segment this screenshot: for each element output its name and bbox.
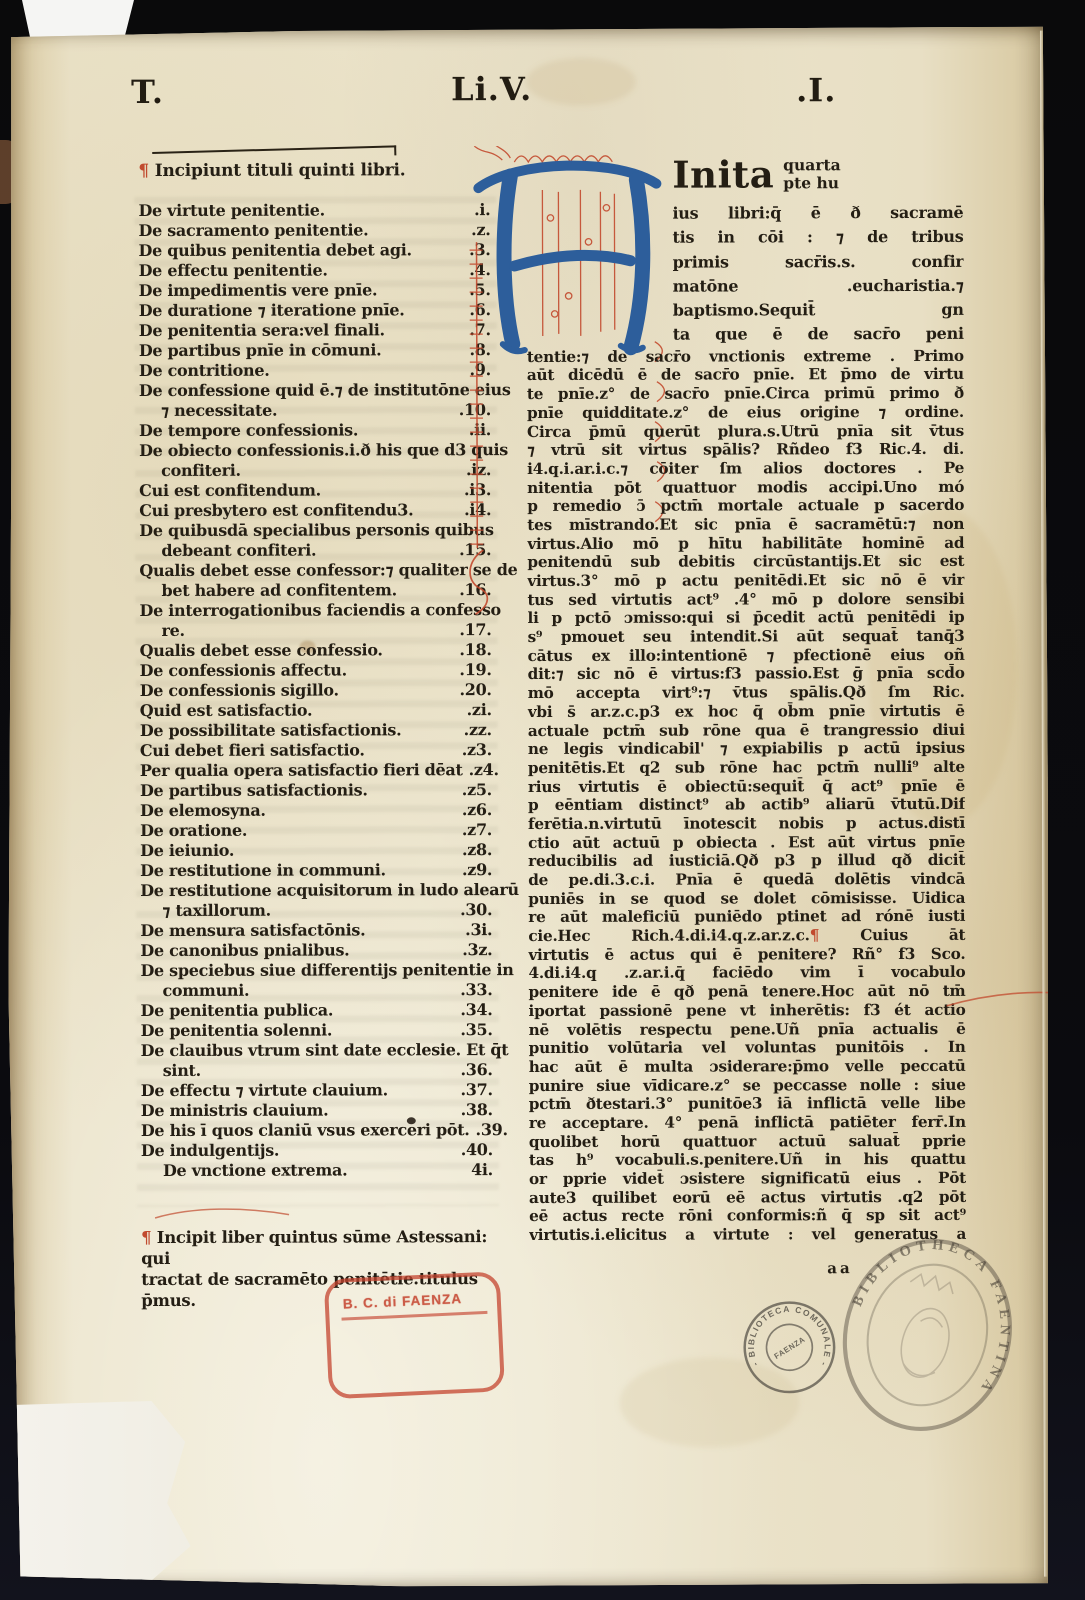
- toc-entry-number: .36.: [460, 1060, 492, 1080]
- body-text-line: te pnīe.z° de sacr̄o pnīe.Circa primū pr…: [527, 384, 964, 404]
- body-text-line: virtus.Alio mō p hītu habilitāte hominē …: [527, 534, 964, 554]
- toc-entry-text: De virtute penitentie.: [138, 201, 325, 221]
- toc-entry-line: De contritione..9.: [139, 360, 491, 381]
- toc-entry-text: sint.: [163, 1061, 201, 1081]
- toc-entry-line: bet habere ad confitentem..16.: [139, 580, 491, 601]
- body-text-line: ferētia.n.virtutū īnotescit nobis p actu…: [528, 814, 965, 834]
- toc-entry-line: De quibus penitentia debet agi..3.: [139, 240, 491, 261]
- body-text-line: ta que ē de sacr̄o peni: [673, 322, 964, 347]
- body-text-line: penitere ide ē qð penā tenere.Hoc aūt nō…: [528, 982, 965, 1002]
- toc-entry-text: Quid est satisfactio.: [140, 701, 313, 721]
- body-text-line: rius virtutis ē obiectū:sequit̄ q̄ act⁹ …: [528, 776, 965, 796]
- toc-entry-number: .3z.: [462, 940, 492, 960]
- torn-corner-repair: [10, 1401, 268, 1588]
- body-text-line: pctm̄ ðtestari.3° punitōe3 iā inflictā v…: [529, 1094, 966, 1114]
- toc-entry-number: 4i.: [471, 1160, 493, 1180]
- paper-stain: [526, 58, 636, 106]
- toc-entry-line: De clauibus vtrum sint date ecclesie. Et…: [141, 1040, 493, 1061]
- body-text-line: pnīe quidditate.z° de eius origine ⁊ ord…: [527, 403, 964, 423]
- toc-entry-line: Per qualia opera satisfactio fieri dēat.…: [140, 760, 492, 781]
- toc-entry-text: re.: [162, 621, 185, 641]
- body-text-line: virtutis ē actus qui ē penitere? Rñ° f3 …: [528, 945, 965, 965]
- toc-entry-number: .33.: [460, 980, 492, 1000]
- toc-entry-text: De partibus satisfactionis.: [140, 780, 368, 801]
- running-title-center: Li.V.: [451, 70, 532, 108]
- toc-entry-line: De virtute penitentie..i.: [138, 200, 490, 221]
- body-text-line: ⁊ vtrū sit virtus spālis? Rñdeo f3 Ric.4…: [527, 440, 964, 460]
- toc-entry-text: Cui est confitendum.: [139, 481, 321, 501]
- toc-entry-line: communi..33.: [140, 980, 492, 1001]
- red-colophon-flourish: [151, 1205, 293, 1223]
- quire-signature: aa: [827, 1259, 853, 1277]
- toc-entry-number: .zz.: [464, 720, 492, 740]
- body-text-line: de pe.di.3.c.i. Pnīa ē quedā dolētis vin…: [528, 870, 965, 890]
- toc-entry-line: Qualis debet esse confessio..18.: [140, 640, 492, 661]
- body-text-line: penitētis.Et q2 sub rōne hac pctm̄ nulli…: [528, 758, 965, 778]
- toc-entry-text: De effectu penitentie.: [139, 261, 328, 281]
- body-text-line: puniēs in se quod se dolet cōmisisse. Ui…: [528, 889, 965, 909]
- toc-entry-text: De effectu ⁊ virtute clauium.: [141, 1080, 388, 1101]
- body-text-line: virtus.3° mō p actu penitēdi.Et sic nō ē…: [527, 571, 964, 591]
- toc-entry-number: .z5.: [462, 780, 492, 800]
- toc-entry-number: .20.: [459, 680, 491, 700]
- body-text-line: tentie:⁊ de sacr̄o vnctionis extreme . P…: [527, 347, 964, 367]
- toc-entry-line: De restitutione in communi..z9.: [140, 860, 492, 881]
- toc-entry-text: De indulgentijs.: [141, 1141, 279, 1161]
- body-text-line: baptismo.Sequit̄ gn: [673, 298, 964, 323]
- toc-entry-line: De vnctione extrema.4i.: [141, 1160, 493, 1181]
- toc-entry-line: De obiecto confessionis.i.ð his que d3 q…: [139, 440, 491, 461]
- body-text-line: or pprie videt̄ ɔsistere significatū eiu…: [529, 1169, 966, 1189]
- toc-entry-text: De confessionis sigillo.: [140, 680, 339, 701]
- toc-entry-line: De restitutione acquisitorum in ludo ale…: [140, 880, 492, 901]
- body-text-line: actuale pctm̄ sub rōne qua ē trangressio…: [528, 720, 965, 740]
- toc-title: ¶ Incipiunt tituli quinti libri.: [138, 160, 490, 181]
- toc-entry-text: Cui debet fieri satisfactio.: [140, 740, 365, 761]
- body-text-line: p remedio ɔ̄ pctm̄ mortale actuale p sac…: [527, 496, 964, 516]
- toc-entry-text: De confessione quid ē.⁊ de institutōne e…: [139, 380, 511, 401]
- toc-entry-text: ⁊ taxillorum.: [162, 901, 271, 921]
- toc-entry-line: De effectu penitentie..4.: [139, 260, 491, 281]
- body-text-line: primis sacr̄is.s. confir: [673, 249, 964, 274]
- toc-entry-line: Cui est confitendum..i3.: [139, 480, 491, 501]
- toc-entry-text: confiteri.: [161, 461, 241, 481]
- toc-entry-number: .z4.: [469, 760, 499, 780]
- toc-title-text: Incipiunt tituli quinti libri.: [155, 160, 406, 181]
- toc-entry-line: De confessione quid ē.⁊ de institutōne e…: [139, 380, 491, 401]
- toc-entry-text: De obiecto confessionis.i.ð his que d3 q…: [139, 440, 508, 461]
- toc-entry-text: De duratione ⁊ iteratione pnīe.: [139, 300, 405, 321]
- opening-word: Inita: [672, 151, 774, 201]
- opening-side-text: quarta pte hu: [783, 151, 841, 201]
- toc-entry-text: bet habere ad confitentem.: [161, 580, 397, 601]
- toc-entry-line: De penitentia publica..34.: [141, 1000, 493, 1021]
- toc-entry-text: De elemosyna.: [140, 801, 266, 821]
- toc-entry-line: De ministris clauium..38.: [141, 1100, 493, 1121]
- toc-entry-number: .z3.: [462, 740, 492, 760]
- toc-entry-line: De confessionis affectu..19.: [140, 660, 492, 681]
- body-text-line: ctio aūt actuū p obiecta . Est aūt virtu…: [528, 833, 965, 853]
- toc-entry-line: De interrogationibus faciendis a confess…: [139, 600, 491, 621]
- toc-entry-line: De partibus satisfactionis..z5.: [140, 780, 492, 801]
- toc-entry-text: De partibus pnīe in cōmuni.: [139, 340, 382, 361]
- book-page: T. Li.V. .I. ¶ Incipiunt tituli quinti l…: [6, 27, 1050, 1588]
- toc-entry-text: De impedimentis vere pnīe.: [139, 280, 378, 301]
- toc-entry-text: De penitentia solenni.: [141, 1021, 333, 1042]
- table-of-contents: De virtute penitentie..i.De sacramento p…: [138, 200, 493, 1181]
- toc-entry-text: De canonibus pnialibus.: [140, 940, 349, 961]
- toc-entry-line: De indulgentijs..40.: [141, 1140, 493, 1161]
- stamp-center-text: FAENZA: [773, 1335, 807, 1361]
- toc-entry-line: De impedimentis vere pnīe..5.: [139, 280, 491, 301]
- toc-entry-text: De possibilitate satisfactionis.: [140, 720, 402, 741]
- toc-entry-line: Qualis debet esse confessor:⁊ qualiter s…: [139, 560, 491, 581]
- text-wrap-around-initial: ius libri:q̄ ē ð sacramētis in cōi : ⁊ d…: [526, 201, 963, 348]
- ink-spot: [407, 1117, 416, 1124]
- body-text-line: tas h⁹ vocabuli.s.penitere.Uñ in his qua…: [529, 1150, 966, 1170]
- body-text-line: tus sed virtutis act⁹ .4° mō p dolore se…: [527, 590, 964, 610]
- toc-entry-line: ⁊ taxillorum..30.: [140, 900, 492, 921]
- body-text-line: tes mīstrando.Et sic pnīa ē sacramētū:⁊ …: [527, 515, 964, 535]
- stamp-figure: [886, 1270, 965, 1383]
- toc-entry-text: De quibus penitentia debet agi.: [139, 240, 412, 261]
- toc-entry-line: De ieiunio..z8.: [140, 840, 492, 861]
- toc-entry-text: De quibusdā specialibus personis quibus: [139, 520, 493, 541]
- toc-entry-line: De sacramento penitentie..z.: [138, 220, 490, 241]
- text-block: tentie:⁊ de sacr̄o vnctionis extreme . P…: [527, 347, 966, 1245]
- body-text-line: reducibilis ad iusticiā.Qð p3 p illud qð…: [528, 851, 965, 871]
- body-text-line: nitentia pōt quattuor modis accipi.Uno m…: [527, 477, 964, 497]
- toc-entry-line: De possibilitate satisfactionis..zz.: [140, 720, 492, 741]
- toc-entry-line: De quibusdā specialibus personis quibus: [139, 520, 491, 541]
- stamp-text: B. C. di FAENZA: [343, 1290, 486, 1312]
- toc-entry-number: .18.: [459, 640, 491, 660]
- toc-entry-number: .38.: [461, 1100, 493, 1120]
- toc-entry-text: De ieiunio.: [140, 841, 234, 861]
- toc-entry-text: De ministris clauium.: [141, 1101, 329, 1121]
- body-text-line: dit:⁊ sic nō ē virtus:f3 passio.Est ḡ pn…: [528, 664, 965, 684]
- toc-entry-number: .z9.: [462, 860, 492, 880]
- main-text-column: Inita quarta pte hu ius libri:q̄ ē ð sac…: [526, 151, 966, 1245]
- body-text-line: mō accepta virt⁹:⁊ v̄tus spālis.Qð ſm Ri…: [528, 683, 965, 703]
- toc-entry-text: communi.: [162, 981, 249, 1001]
- body-text-line: 4.di.i4.q .z.ar.i.q̄ faciēdo vim ī vocab…: [528, 963, 965, 983]
- toc-entry-line: De his ī quos claniū vsus exerceri pōt..…: [141, 1120, 493, 1141]
- body-text-line: matōne .eucharistia.⁊: [673, 274, 964, 299]
- toc-entry-text: De vnctione extrema.: [163, 1160, 347, 1180]
- body-text-line: nē volētis respectu pene.Uñ pnīa actuali…: [529, 1019, 966, 1039]
- body-text-line: penitendū sub debitis circūstantijs.Et s…: [527, 552, 964, 572]
- toc-entry-number: .19.: [459, 660, 491, 680]
- body-text-line: s⁹ pmouet seu intendit.Si aūt sequat̄ ta…: [528, 627, 965, 647]
- toc-entry-text: De oratione.: [140, 821, 247, 841]
- toc-entry-line: Quid est satisfactio..zi.: [140, 700, 492, 721]
- toc-entry-text: Per qualia opera satisfactio fieri dēat: [140, 760, 463, 781]
- toc-entry-text: De penitentia publica.: [141, 1001, 334, 1022]
- body-text-line: aute3 quilibet eorū eē actus virtutis .q…: [529, 1188, 966, 1208]
- toc-entry-number: .34.: [460, 1000, 492, 1020]
- toc-entry-text: ⁊ necessitate.: [161, 401, 277, 421]
- opening-line: Inita quarta pte hu: [672, 151, 963, 202]
- toc-entry-text: De clauibus vtrum sint date ecclesie. Et…: [141, 1040, 509, 1061]
- body-text-line: re acceptare. 4° penā inflictā patiēter …: [529, 1113, 966, 1133]
- toc-entry-text: De confessionis affectu.: [140, 660, 347, 681]
- book-scan: { "header": { "left": "T.", "center": "L…: [0, 0, 1085, 1600]
- folio-number: .I.: [796, 71, 836, 109]
- toc-entry-number: .39.: [476, 1120, 508, 1140]
- toc-entry-line: Cui debet fieri satisfactio..z3.: [140, 740, 492, 761]
- toc-entry-number: .z7.: [462, 820, 492, 840]
- toc-entry-line: De mensura satisfactōnis..3i.: [140, 920, 492, 941]
- toc-entry-number: .3i.: [465, 920, 492, 940]
- body-text-line: aūt dicēdū ē de sacr̄o pnīe. Et p̄mo de …: [527, 365, 964, 385]
- toc-entry-line: De duratione ⁊ iteratione pnīe..6.: [139, 300, 491, 321]
- red-margin-flourish: [946, 987, 1078, 1009]
- body-text-line: vbi s̄ ar.z.c.p3 ex hoc q̄ ob̄m pnīe vir…: [528, 702, 965, 722]
- toc-entry-line: ⁊ necessitate..10.: [139, 400, 491, 421]
- body-text-line: punire siue vīdicare.z° se peccasse noll…: [529, 1075, 966, 1095]
- toc-entry-number: .37.: [460, 1080, 492, 1100]
- body-text-line: re aūt maleficiū puniēdo ptinet ad rónē …: [528, 907, 965, 927]
- toc-entry-line: De oratione..z7.: [140, 820, 492, 841]
- toc-entry-text: debeant confiteri.: [161, 541, 316, 561]
- toc-entry-text: De his ī quos claniū vsus exerceri pōt.: [141, 1120, 470, 1141]
- toc-entry-line: De partibus pnīe in cōmuni..8.: [139, 340, 491, 361]
- toc-entry-number: .z8.: [462, 840, 492, 860]
- body-text-line: punitio volūtaria vel voluntas punitōis …: [529, 1038, 966, 1058]
- toc-entry-number: .30.: [460, 900, 492, 920]
- toc-entry-text: De penitentia sera:vel finali.: [139, 320, 385, 341]
- body-text-line: iportat passionē pene vt inherētis: f3 é…: [529, 1001, 966, 1021]
- body-text-line: ius libri:q̄ ē ð sacramē: [672, 201, 963, 226]
- toc-entry-text: Qualis debet esse confessio.: [140, 640, 383, 661]
- body-text-line: li p pctō ɔmisso:qui si p̄cedit actū pen…: [527, 608, 964, 628]
- red-paragraph-mark: ¶: [810, 926, 820, 944]
- toc-entry-line: De confessionis sigillo..20.: [140, 680, 492, 701]
- red-paragraph-mark: ¶: [138, 161, 149, 181]
- toc-entry-line: Cui presbytero est confitendu3..i4.: [139, 500, 491, 521]
- toc-entry-line: De effectu ⁊ virtute clauium..37.: [141, 1080, 493, 1101]
- toc-entry-line: De penitentia solenni..35.: [141, 1020, 493, 1041]
- body-text-line: hac aūt ē multa ɔsiderare:p̄mo velle pec…: [529, 1057, 966, 1077]
- body-text-line: Circa p̄mū querūt plura.s.Utrū pnīa sit …: [527, 421, 964, 441]
- red-paragraph-mark: ¶: [141, 1228, 151, 1247]
- library-stamp-oval: BIBLIOTHECA FAENTINA: [813, 1214, 1041, 1456]
- body-text-line: quolibet horū quattuor actuū saluat̄ ppr…: [529, 1132, 966, 1152]
- toc-entry-line: sint..36.: [141, 1060, 493, 1081]
- toc-entry-line: De elemosyna..z6.: [140, 800, 492, 821]
- toc-entry-text: De interrogationibus faciendis a confess…: [139, 600, 500, 621]
- toc-entry-number: .35.: [460, 1020, 492, 1040]
- toc-entry-line: De penitentia sera:vel finali..7.: [139, 320, 491, 341]
- toc-entry-number: .z6.: [462, 800, 492, 820]
- toc-entry-line: debeant confiteri..15.: [139, 540, 491, 561]
- toc-entry-line: confiteri..iz.: [139, 460, 491, 481]
- colophon-line: ¶ Incipit liber quintus sūme Astessani: …: [141, 1226, 497, 1269]
- toc-entry-text: De sacramento penitentie.: [138, 220, 368, 241]
- toc-entry-text: De speciebus siue differentijs penitenti…: [140, 960, 513, 981]
- body-text-line: ne legis vindicabil' ⁊ expiabilis p actū…: [528, 739, 965, 759]
- toc-entry-number: .zi.: [467, 700, 492, 720]
- library-stamp-rect: B. C. di FAENZA: [324, 1271, 505, 1399]
- body-text-line: cie.Hec Rich.4.di.i4.q.z.ar.z.c.¶ Cuius …: [528, 926, 965, 946]
- toc-entry-text: De contritione.: [139, 361, 270, 381]
- toc-entry-line: De tempore confessionis..ii.: [139, 420, 491, 441]
- body-text-line: i4.q.i.ar.i.c.⁊ cōiter ſm alios doctores…: [527, 459, 964, 479]
- toc-entry-line: re..17.: [140, 620, 492, 641]
- running-title-left: T.: [131, 73, 164, 111]
- toc-entry-line: De canonibus pnialibus..3z.: [140, 940, 492, 961]
- stamp-rule: [341, 1311, 487, 1321]
- toc-entry-text: De restitutione in communi.: [140, 860, 386, 881]
- toc-entry-number: .40.: [461, 1140, 493, 1160]
- toc-entry-text: De mensura satisfactōnis.: [140, 920, 365, 941]
- body-text-line: cātus ex illo:intentionē ⁊ pfectionē eiu…: [528, 646, 965, 666]
- toc-entry-line: De speciebus siue differentijs penitenti…: [140, 960, 492, 981]
- toc-entry-text: De restitutione acquisitorum in ludo ale…: [140, 880, 519, 901]
- toc-entry-text: Cui presbytero est confitendu3.: [139, 500, 413, 521]
- toc-entry-text: De tempore confessionis.: [139, 420, 358, 441]
- body-text-line: p eēntiam distinct⁹ ab actib⁹ aliarū v̄t…: [528, 795, 965, 815]
- body-text-line: tis in cōi : ⁊ de tribus: [672, 225, 963, 250]
